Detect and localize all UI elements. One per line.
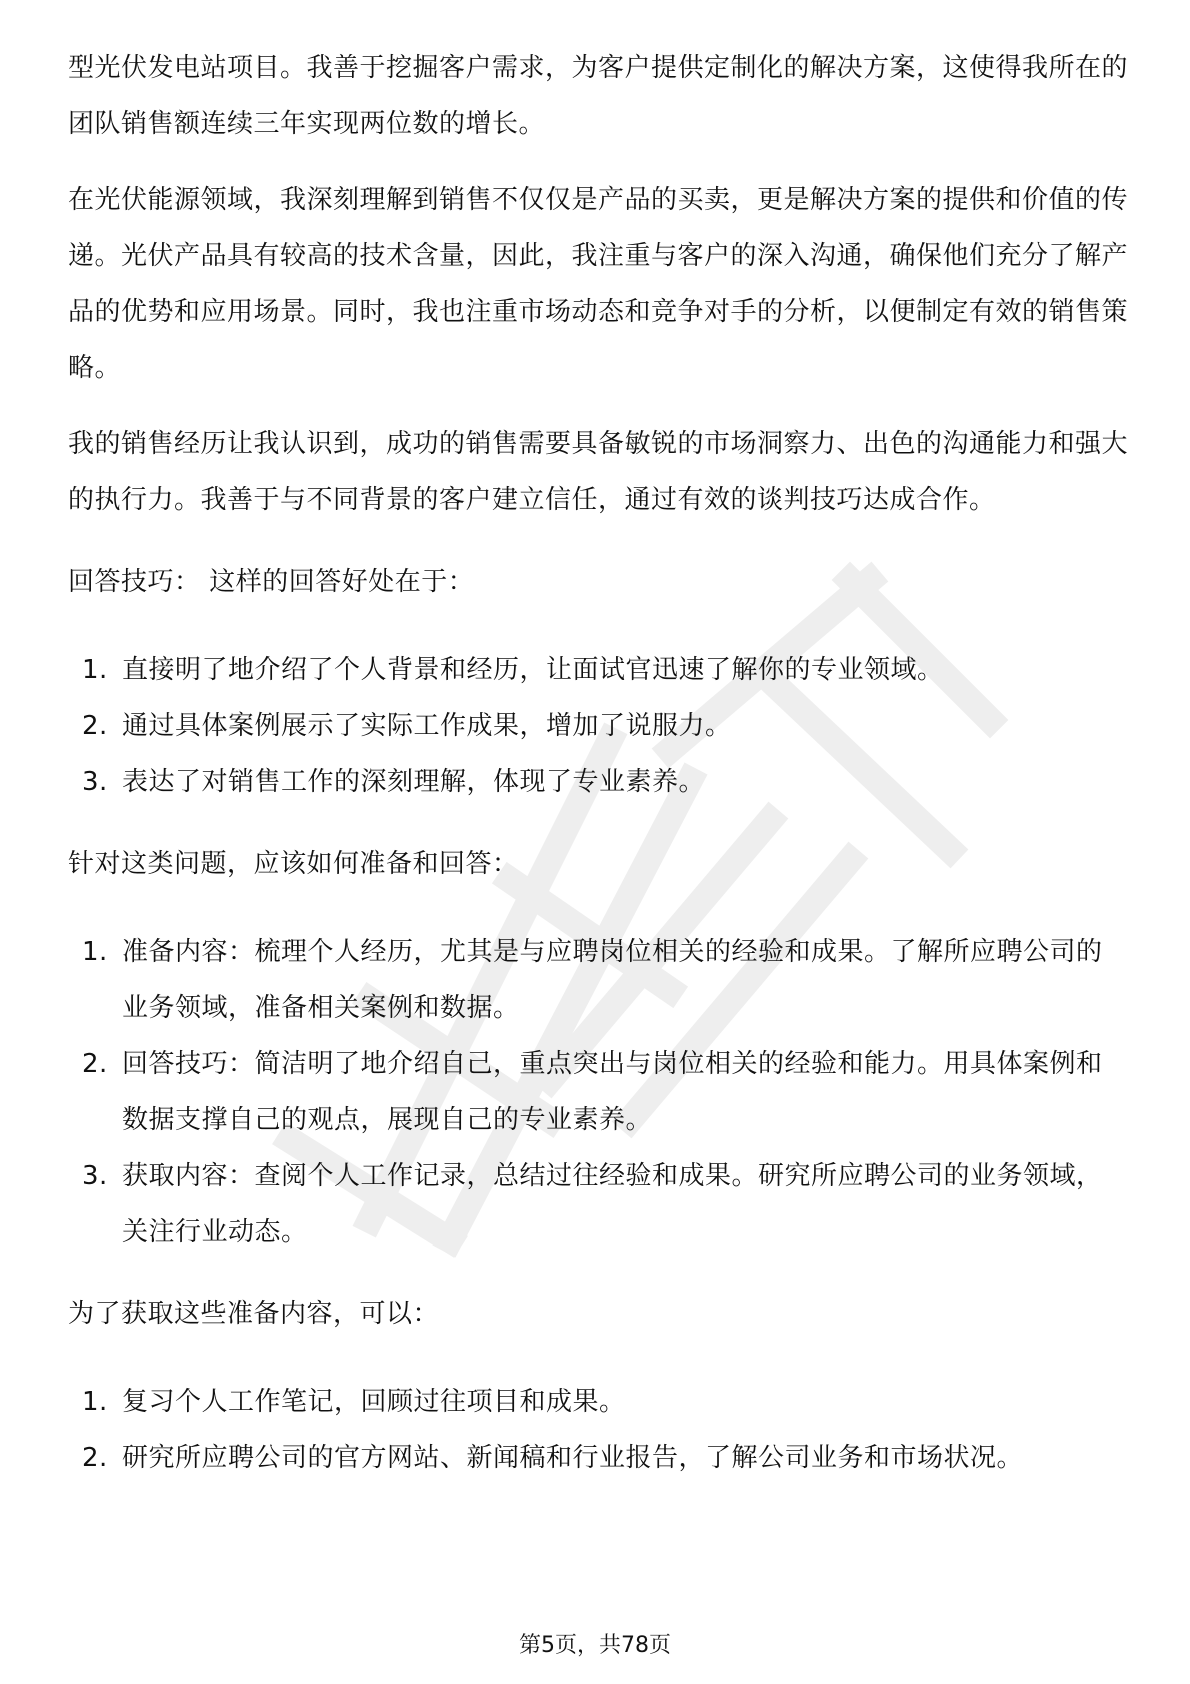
list-text: 直接明了地介绍了个人背景和经历，让面试官迅速了解你的专业领域。 xyxy=(122,655,944,685)
document-body: 型光伏发电站项目。我善于挖掘客户需求，为客户提供定制化的解决方案，这使得我所在的… xyxy=(68,40,1128,1506)
paragraph-project-summary: 型光伏发电站项目。我善于挖掘客户需求，为客户提供定制化的解决方案，这使得我所在的… xyxy=(68,40,1128,152)
list-number: 2. xyxy=(82,1036,108,1092)
page-indicator: 第5页，共78页 xyxy=(0,1628,1190,1659)
tips-list: 1.直接明了地介绍了个人背景和经历，让面试官迅速了解你的专业领域。 2.通过具体… xyxy=(68,642,1128,810)
list-text: 复习个人工作笔记，回顾过往项目和成果。 xyxy=(122,1387,626,1417)
paragraph-sales-insight: 我的销售经历让我认识到，成功的销售需要具备敏锐的市场洞察力、出色的沟通能力和强大… xyxy=(68,416,1128,528)
list-item: 1.复习个人工作笔记，回顾过往项目和成果。 xyxy=(68,1374,1128,1430)
list-item: 1.准备内容：梳理个人经历，尤其是与应聘岗位相关的经验和成果。了解所应聘公司的业… xyxy=(68,924,1128,1036)
list-number: 2. xyxy=(82,698,108,754)
list-item: 3.获取内容：查阅个人工作记录，总结过往经验和成果。研究所应聘公司的业务领域，关… xyxy=(68,1148,1128,1260)
list-number: 2. xyxy=(82,1430,108,1486)
paragraph-pv-understanding: 在光伏能源领域，我深刻理解到销售不仅仅是产品的买卖，更是解决方案的提供和价值的传… xyxy=(68,172,1128,396)
list-text: 回答技巧：简洁明了地介绍自己，重点突出与岗位相关的经验和能力。用具体案例和数据支… xyxy=(122,1049,1103,1135)
list-item: 2.研究所应聘公司的官方网站、新闻稿和行业报告，了解公司业务和市场状况。 xyxy=(68,1430,1128,1486)
list-text: 获取内容：查阅个人工作记录，总结过往经验和成果。研究所应聘公司的业务领域，关注行… xyxy=(122,1161,1103,1247)
document-page: 型光伏发电站项目。我善于挖掘客户需求，为客户提供定制化的解决方案，这使得我所在的… xyxy=(0,0,1190,1684)
list-item: 1.直接明了地介绍了个人背景和经历，让面试官迅速了解你的专业领域。 xyxy=(68,642,1128,698)
obtain-heading: 为了获取这些准备内容，可以： xyxy=(68,1286,1128,1342)
prep-list: 1.准备内容：梳理个人经历，尤其是与应聘岗位相关的经验和成果。了解所应聘公司的业… xyxy=(68,924,1128,1260)
prep-heading: 针对这类问题，应该如何准备和回答： xyxy=(68,836,1128,892)
list-number: 1. xyxy=(82,642,108,698)
list-number: 1. xyxy=(82,924,108,980)
list-item: 3.表达了对销售工作的深刻理解，体现了专业素养。 xyxy=(68,754,1128,810)
list-text: 准备内容：梳理个人经历，尤其是与应聘岗位相关的经验和成果。了解所应聘公司的业务领… xyxy=(122,937,1103,1023)
obtain-list: 1.复习个人工作笔记，回顾过往项目和成果。 2.研究所应聘公司的官方网站、新闻稿… xyxy=(68,1374,1128,1486)
list-item: 2.通过具体案例展示了实际工作成果，增加了说服力。 xyxy=(68,698,1128,754)
list-item: 2.回答技巧：简洁明了地介绍自己，重点突出与岗位相关的经验和能力。用具体案例和数… xyxy=(68,1036,1128,1148)
list-number: 3. xyxy=(82,1148,108,1204)
list-number: 3. xyxy=(82,754,108,810)
list-text: 研究所应聘公司的官方网站、新闻稿和行业报告，了解公司业务和市场状况。 xyxy=(122,1443,1023,1473)
tips-heading: 回答技巧： 这样的回答好处在于： xyxy=(68,554,1128,610)
list-text: 表达了对销售工作的深刻理解，体现了专业素养。 xyxy=(122,767,705,797)
list-text: 通过具体案例展示了实际工作成果，增加了说服力。 xyxy=(122,711,732,741)
list-number: 1. xyxy=(82,1374,108,1430)
